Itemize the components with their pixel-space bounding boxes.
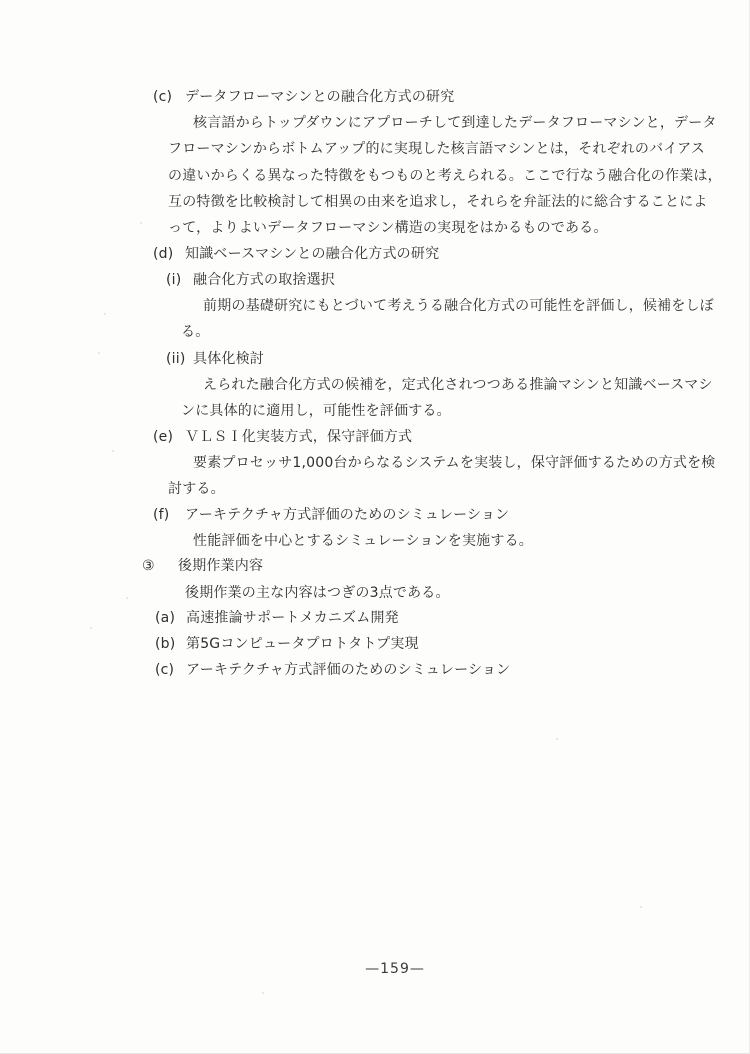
section-heading-e: (e)ＶＬＳＩ化実装方式，保守評価方式 xyxy=(153,428,412,446)
list-item-b: (b)第5Gコンピュータプロトタトプ実現 xyxy=(155,635,419,653)
subsection-label: (i) xyxy=(166,271,193,289)
list-item-text: 第5Gコンピュータプロトタトプ実現 xyxy=(186,636,419,652)
list-item-a: (a)高速推論サポートメカニズム開発 xyxy=(155,609,399,627)
section-label: (e) xyxy=(153,428,185,446)
section-title: アーキテクチャ方式評価のためのシミュレーション xyxy=(185,507,509,523)
section-heading-c: (c)データフローマシンとの融合化方式の研究 xyxy=(153,88,454,106)
list-item-label: (b) xyxy=(155,635,186,653)
paragraph-line: の違いからくる異なった特徴をもつものと考えられる。ここで行なう融合化の作業は， xyxy=(168,167,722,185)
scanned-document-page: (c)データフローマシンとの融合化方式の研究 核言語からトップダウンにアプローチ… xyxy=(0,0,750,1054)
list-item-text: アーキテクチャ方式評価のためのシミュレーション xyxy=(186,662,510,678)
scan-speck xyxy=(90,627,92,629)
paragraph-line: 互の特徴を比較検討して相異の由来を追求し，それらを弁証法的に総合することによ xyxy=(168,193,708,211)
paragraph-line: る。 xyxy=(181,323,209,341)
scan-speck xyxy=(140,222,142,224)
list-item-text: 高速推論サポートメカニズム開発 xyxy=(186,610,399,626)
section-label: (f) xyxy=(153,506,185,524)
paragraph-line: 前期の基礎研究にもとづいて考えうる融合化方式の可能性を評価し，候補をしぼ xyxy=(203,297,714,315)
paragraph-line: ンに具体的に適用し，可能性を評価する。 xyxy=(181,402,451,420)
section-heading-d: (d)知識ベースマシンとの融合化方式の研究 xyxy=(153,245,439,263)
paragraph-line: 要素プロセッサ1,000台からなるシステムを実装し，保守評価するための方式を検 xyxy=(193,454,715,472)
scan-speck xyxy=(112,450,114,452)
scan-speck xyxy=(126,597,128,599)
paragraph-line: 後期作業の主な内容はつぎの3点である。 xyxy=(185,584,450,602)
list-item-label: (a) xyxy=(155,609,186,627)
subsection-title: 融合化方式の取捨選択 xyxy=(193,272,335,288)
paragraph-line: フローマシンからボトムアップ的に実現した核言語マシンとは，それぞれのバイアス xyxy=(168,140,705,158)
scan-speck xyxy=(640,906,642,908)
numbered-section-label: ③ xyxy=(142,557,178,575)
list-item-label: (c) xyxy=(155,661,186,679)
section-title: ＶＬＳＩ化実装方式，保守評価方式 xyxy=(185,429,412,445)
subsection-heading-ii: (ii)具体化検討 xyxy=(166,350,264,368)
page-number: —159— xyxy=(20,961,750,977)
paragraph-line: 核言語からトップダウンにアプローチして到達したデータフローマシンと，データ xyxy=(193,114,717,132)
numbered-section-title: 後期作業内容 xyxy=(178,558,263,574)
section-title: データフローマシンとの融合化方式の研究 xyxy=(185,89,454,105)
section-label: (d) xyxy=(153,245,185,263)
scan-speck xyxy=(104,313,106,315)
scan-speck xyxy=(98,352,100,354)
subsection-heading-i: (i)融合化方式の取捨選択 xyxy=(166,271,335,289)
numbered-section-heading: ③後期作業内容 xyxy=(142,557,263,575)
section-heading-f: (f)アーキテクチャ方式評価のためのシミュレーション xyxy=(153,506,509,524)
paragraph-line: えられた融合化方式の候補を，定式化されつつある推論マシンと知識ベースマシ xyxy=(203,376,713,394)
list-item-c: (c)アーキテクチャ方式評価のためのシミュレーション xyxy=(155,661,510,679)
scan-speck xyxy=(262,992,264,994)
paragraph-line: って，よりよいデータフローマシン構造の実現をはかるものである。 xyxy=(168,219,608,237)
subsection-title: 具体化検討 xyxy=(193,351,264,367)
subsection-label: (ii) xyxy=(166,350,193,368)
paragraph-line: 性能評価を中心とするシミュレーションを実施する。 xyxy=(193,532,533,550)
scan-speck xyxy=(556,738,558,740)
paragraph-line: 討する。 xyxy=(168,480,225,498)
section-title: 知識ベースマシンとの融合化方式の研究 xyxy=(185,246,439,262)
section-label: (c) xyxy=(153,88,185,106)
